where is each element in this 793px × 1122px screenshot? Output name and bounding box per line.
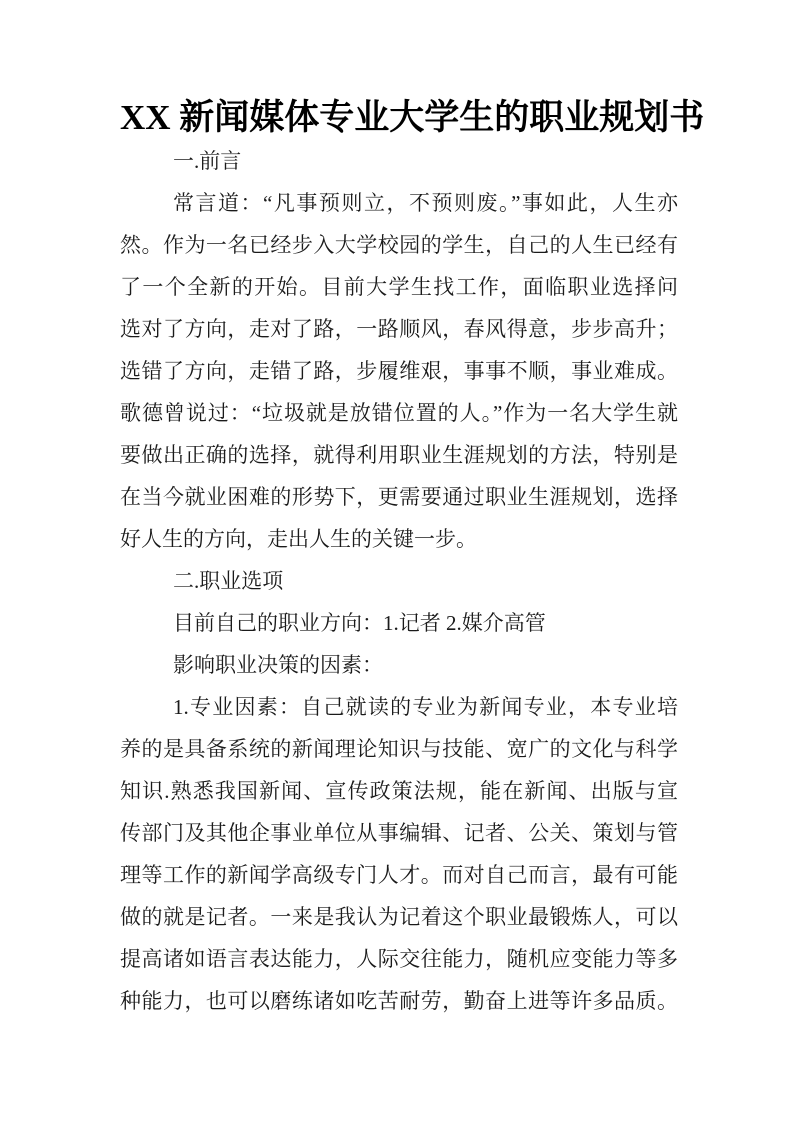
preface-line-3: 了一个全新的开始。目前大学生找工作，面临职业选择问题。 [120, 266, 678, 308]
major-factor-line-2: 养的是具备系统的新闻理论知识与技能、宽广的文化与科学 [120, 728, 678, 770]
major-factor-line-8: 种能力，也可以磨练诸如吃苦耐劳，勤奋上进等许多品质。 [120, 980, 678, 1022]
major-factor-line-5: 理等工作的新闻学高级专门人才。而对自己而言，最有可能 [120, 854, 678, 896]
document-title: XX 新闻媒体专业大学生的职业规划书 [120, 95, 678, 140]
major-factor-line-1: 1.专业因素：自己就读的专业为新闻专业，本专业培 [120, 686, 678, 728]
preface-line-1: 常言道：“凡事预则立，不预则废。”事如此，人生亦 [120, 182, 678, 224]
preface-line-4: 选对了方向，走对了路，一路顺风，春风得意，步步高升； [120, 308, 678, 350]
document-content: XX 新闻媒体专业大学生的职业规划书 一.前言 常言道：“凡事预则立，不预则废。… [120, 95, 678, 1022]
document-page: XX 新闻媒体专业大学生的职业规划书 一.前言 常言道：“凡事预则立，不预则废。… [0, 0, 793, 1122]
decision-factors-line: 影响职业决策的因素： [120, 644, 678, 686]
major-factor-line-7: 提高诸如语言表达能力，人际交往能力，随机应变能力等多 [120, 938, 678, 980]
career-direction-line: 目前自己的职业方向：1.记者 2.媒介高管 [120, 602, 678, 644]
major-factor-line-6: 做的就是记者。一来是我认为记着这个职业最锻炼人，可以 [120, 896, 678, 938]
preface-line-2: 然。作为一名已经步入大学校园的学生，自己的人生已经有 [120, 224, 678, 266]
major-factor-line-4: 传部门及其他企事业单位从事编辑、记者、公关、策划与管 [120, 812, 678, 854]
section-heading-career-options: 二.职业选项 [120, 560, 678, 602]
section-heading-preface: 一.前言 [120, 140, 678, 182]
preface-line-8: 在当今就业困难的形势下，更需要通过职业生涯规划，选择 [120, 476, 678, 518]
major-factor-line-3: 知识.熟悉我国新闻、宣传政策法规，能在新闻、出版与宣 [120, 770, 678, 812]
preface-line-5: 选错了方向，走错了路，步履维艰，事事不顺，事业难成。 [120, 350, 678, 392]
preface-line-6: 歌德曾说过：“垃圾就是放错位置的人。”作为一名大学生就 [120, 392, 678, 434]
preface-line-7: 要做出正确的选择，就得利用职业生涯规划的方法，特别是 [120, 434, 678, 476]
preface-line-9: 好人生的方向，走出人生的关键一步。 [120, 518, 678, 560]
